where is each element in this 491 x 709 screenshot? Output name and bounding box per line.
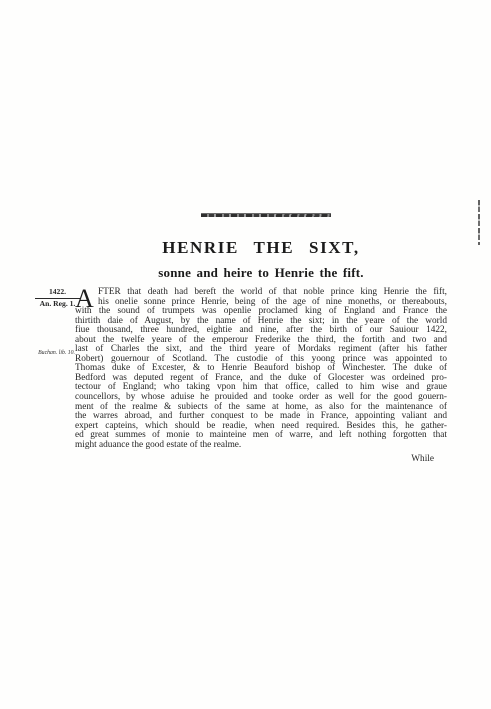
scanned-book-page: HENRIE THE SIXT, sonne and heire to Henr… xyxy=(0,0,491,709)
body-line: might aduance the good estate of the rea… xyxy=(75,441,447,451)
body-text-block: A FTER that death had bereft the world o… xyxy=(75,288,447,465)
catchword-row: While xyxy=(75,455,447,465)
catchword: While xyxy=(411,454,434,464)
margin-note-source: Buchan. lib. 10. xyxy=(20,350,75,356)
scan-artifact-mark xyxy=(478,200,481,245)
margin-year-text: 1422. xyxy=(35,288,80,299)
margin-regnal-text: An. Reg. 1. xyxy=(35,299,80,309)
page-subtitle: sonne and heire to Henrie the fift. xyxy=(75,265,447,281)
dropcap-letter: A xyxy=(75,289,94,308)
page-title: HENRIE THE SIXT, xyxy=(75,238,447,258)
margin-note-year: 1422. An. Reg. 1. xyxy=(35,288,80,308)
ornament-rule xyxy=(201,213,331,217)
